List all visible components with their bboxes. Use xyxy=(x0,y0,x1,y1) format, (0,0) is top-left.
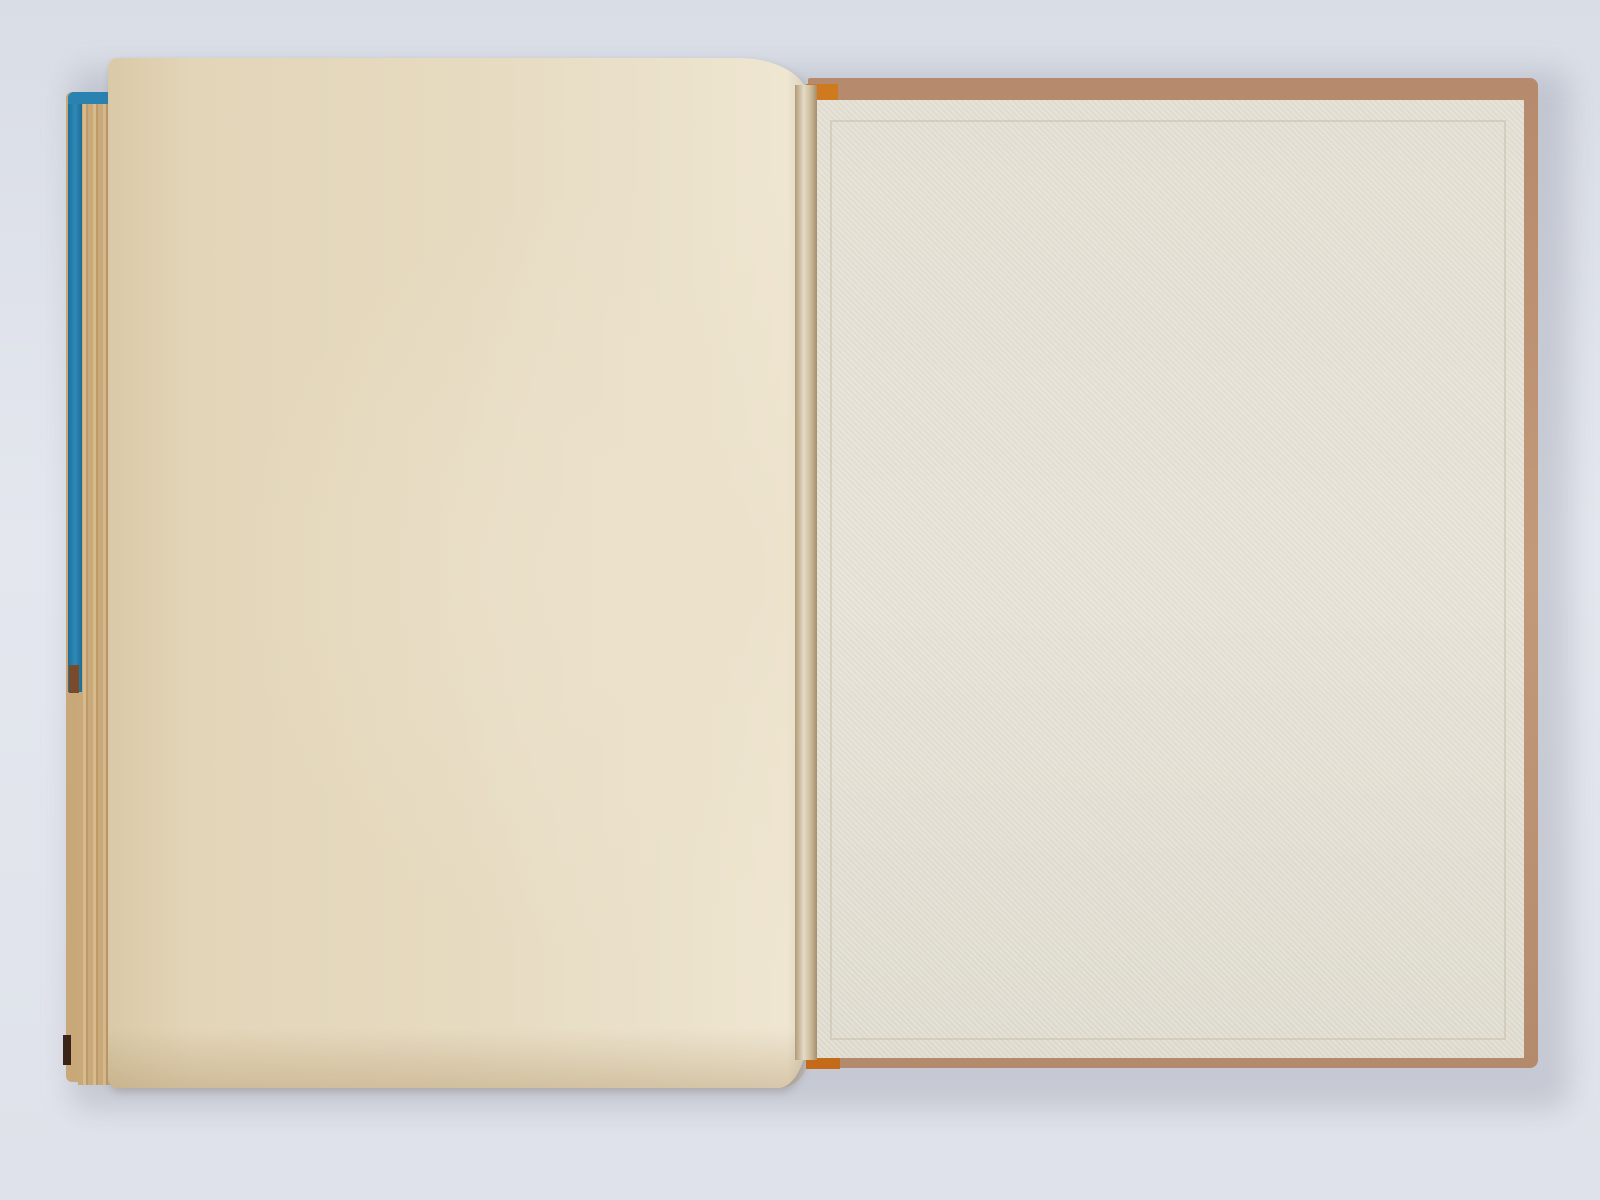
pastedown-impressed-frame xyxy=(830,120,1506,1040)
left-blank-page[interactable] xyxy=(108,58,808,1088)
cover-corner-mark xyxy=(63,1035,71,1065)
spine-label-mark xyxy=(69,665,79,693)
book-gutter xyxy=(795,85,817,1060)
blue-cover-spine xyxy=(68,92,82,692)
page-bottom-discoloration xyxy=(108,1028,808,1088)
right-pastedown-page[interactable] xyxy=(812,100,1524,1058)
